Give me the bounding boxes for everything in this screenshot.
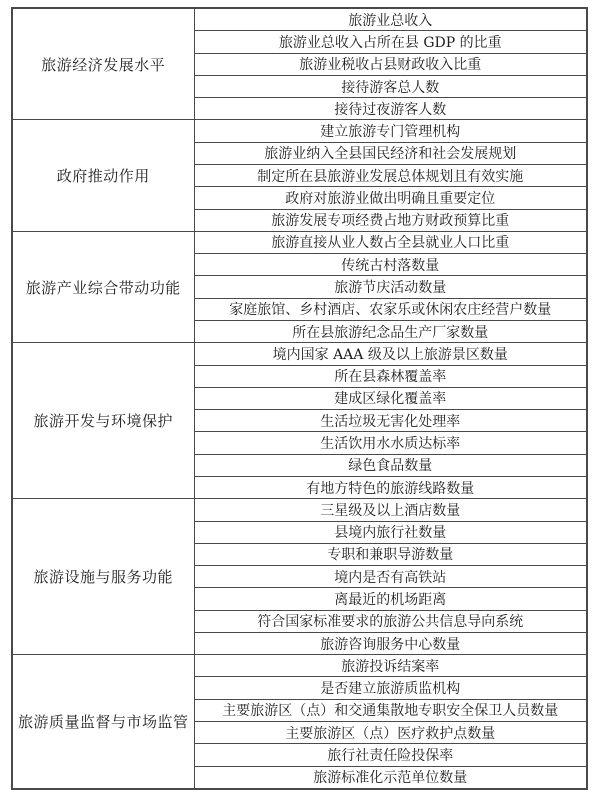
indicator-cell: 接待过夜游客人数 [194, 98, 587, 120]
indicator-cell: 所在县森林覆盖率 [194, 365, 587, 387]
category-cell: 旅游产业综合带动功能 [12, 231, 194, 342]
indicator-cell: 制定所在县旅游业发展总体规划且有效实施 [194, 165, 587, 187]
indicator-cell: 家庭旅馆、乡村酒店、农家乐或休闲农庄经营户数量 [194, 298, 587, 320]
indicator-cell: 旅游发展专项经费占地方财政预算比重 [194, 209, 587, 231]
indicator-cell: 旅游业纳入全县国民经济和社会发展规划 [194, 142, 587, 164]
indicator-cell: 旅游直接从业人数占全县就业人口比重 [194, 231, 587, 253]
indicator-cell: 境内是否有高铁站 [194, 566, 587, 588]
indicator-cell: 主要旅游区（点）和交通集散地专职安全保卫人员数量 [194, 699, 587, 721]
category-cell: 旅游设施与服务功能 [12, 499, 194, 655]
table-row: 政府推动作用 建立旅游专门管理机构 [12, 120, 587, 142]
indicator-cell: 离最近的机场距离 [194, 588, 587, 610]
indicator-cell: 所在县旅游纪念品生产厂家数量 [194, 320, 587, 342]
category-cell: 政府推动作用 [12, 120, 194, 231]
table-row: 旅游设施与服务功能 三星级及以上酒店数量 [12, 499, 587, 521]
indicator-cell: 县境内旅行社数量 [194, 521, 587, 543]
category-cell: 旅游开发与环境保护 [12, 343, 194, 499]
indicator-cell: 绿色食品数量 [194, 454, 587, 476]
indicator-cell: 旅游投诉结案率 [194, 655, 587, 677]
indicator-cell: 三星级及以上酒店数量 [194, 499, 587, 521]
table-row: 旅游质量监督与市场监管 旅游投诉结案率 [12, 655, 587, 677]
indicator-cell: 建成区绿化覆盖率 [194, 387, 587, 409]
indicator-cell: 接待游客总人数 [194, 75, 587, 97]
page: 旅游经济发展水平 旅游业总收入 旅游业总收入占所在县 GDP 的比重 旅游业税收… [0, 0, 600, 803]
indicator-cell: 生活饮用水水质达标率 [194, 432, 587, 454]
indicator-cell: 符合国家标准要求的旅游公共信息导向系统 [194, 610, 587, 632]
indicator-cell: 旅游业税收占县财政收入比重 [194, 53, 587, 75]
tourism-indicator-table: 旅游经济发展水平 旅游业总收入 旅游业总收入占所在县 GDP 的比重 旅游业税收… [11, 7, 588, 790]
table-row: 旅游经济发展水平 旅游业总收入 [12, 8, 587, 31]
indicator-cell: 生活垃圾无害化处理率 [194, 410, 587, 432]
indicator-cell: 建立旅游专门管理机构 [194, 120, 587, 142]
indicator-cell: 传统古村落数量 [194, 254, 587, 276]
indicator-cell: 是否建立旅游质监机构 [194, 677, 587, 699]
table-row: 旅游产业综合带动功能 旅游直接从业人数占全县就业人口比重 [12, 231, 587, 253]
indicator-cell: 政府对旅游业做出明确且重要定位 [194, 187, 587, 209]
indicator-cell: 旅游节庆活动数量 [194, 276, 587, 298]
indicator-cell: 旅游业总收入 [194, 8, 587, 31]
indicator-cell: 旅游标准化示范单位数量 [194, 766, 587, 789]
indicator-cell: 专职和兼职导游数量 [194, 543, 587, 565]
indicator-cell: 旅行社责任险投保率 [194, 744, 587, 766]
indicator-cell: 主要旅游区（点）医疗救护点数量 [194, 722, 587, 744]
indicator-cell: 旅游业总收入占所在县 GDP 的比重 [194, 31, 587, 53]
table-row: 旅游开发与环境保护 境内国家 AAA 级及以上旅游景区数量 [12, 343, 587, 365]
category-cell: 旅游质量监督与市场监管 [12, 655, 194, 789]
indicator-cell: 境内国家 AAA 级及以上旅游景区数量 [194, 343, 587, 365]
indicator-cell: 有地方特色的旅游线路数量 [194, 476, 587, 498]
category-cell: 旅游经济发展水平 [12, 8, 194, 120]
indicator-cell: 旅游咨询服务中心数量 [194, 632, 587, 654]
